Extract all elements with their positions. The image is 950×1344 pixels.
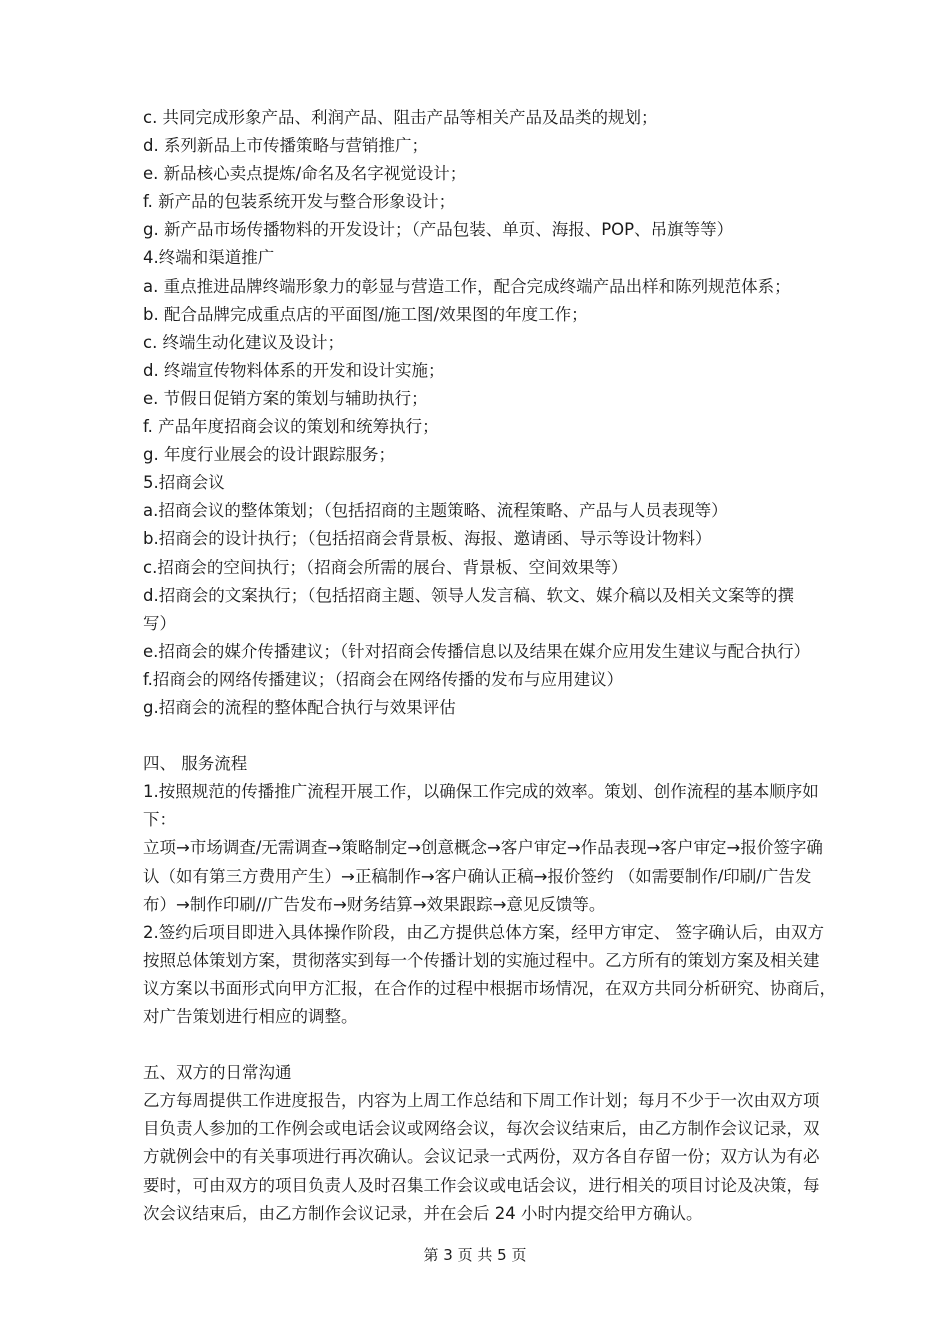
document-line: e. 节假日促销方案的策划与辅助执行； [143,385,863,413]
document-line: 4.终端和渠道推广 [143,244,863,272]
document-line: c.招商会的空间执行；（招商会所需的展台、背景板、空间效果等） [143,554,863,582]
document-line: a. 重点推进品牌终端形象力的彰显与营造工作，配合完成终端产品出样和陈列规范体系… [143,273,863,301]
document-line: 对广告策划进行相应的调整。 [143,1003,863,1031]
document-line: 议方案以书面形式向甲方汇报，在合作的过程中根据市场情况，在双方共同分析研究、协商… [143,975,863,1003]
document-line: 2.签约后项目即进入具体操作阶段，由乙方提供总体方案，经甲方审定、 签字确认后，… [143,919,863,947]
document-line: c. 终端生动化建议及设计； [143,329,863,357]
document-line: 布）→制作印刷//广告发布→财务结算→效果跟踪→意见反馈等。 [143,891,863,919]
document-line: g. 新产品市场传播物料的开发设计；（产品包装、单页、海报、POP、吊旗等等） [143,216,863,244]
document-line: 下： [143,806,863,834]
document-line: f. 新产品的包装系统开发与整合形象设计； [143,188,863,216]
document-line: 方就例会中的有关事项进行再次确认。会议记录一式两份，双方各自存留一份；双方认为有… [143,1143,863,1171]
document-line: 1.按照规范的传播推广流程开展工作，以确保工作完成的效率。策划、创作流程的基本顺… [143,778,863,806]
document-line: g.招商会的流程的整体配合执行与效果评估 [143,694,863,722]
document-line: 五、双方的日常沟通 [143,1059,863,1087]
document-line: d. 终端宣传物料体系的开发和设计实施； [143,357,863,385]
document-line: 立项→市场调查/无需调查→策略制定→创意概念→客户审定→作品表现→客户审定→报价… [143,834,863,862]
document-body: c. 共同完成形象产品、利润产品、阻击产品等相关产品及品类的规划；d. 系列新品… [143,104,863,1228]
document-line: 次会议结束后，由乙方制作会议记录，并在会后 24 小时内提交给甲方确认。 [143,1200,863,1228]
document-line: f.招商会的网络传播建议；（招商会在网络传播的发布与应用建议） [143,666,863,694]
document-line: d.招商会的文案执行；（包括招商主题、领导人发言稿、软文、媒介稿以及相关文案等的… [143,582,863,610]
document-line: e.招商会的媒介传播建议；（针对招商会传播信息以及结果在媒介应用发生建议与配合执… [143,638,863,666]
document-line: b.招商会的设计执行；（包括招商会背景板、海报、邀请函、导示等设计物料） [143,525,863,553]
document-page: c. 共同完成形象产品、利润产品、阻击产品等相关产品及品类的规划；d. 系列新品… [0,0,950,1344]
document-line: b. 配合品牌完成重点店的平面图/施工图/效果图的年度工作； [143,301,863,329]
document-line: a.招商会议的整体策划；（包括招商的主题策略、流程策略、产品与人员表现等） [143,497,863,525]
document-line: 要时，可由双方的项目负责人及时召集工作会议或电话会议，进行相关的项目讨论及决策，… [143,1172,863,1200]
document-line: c. 共同完成形象产品、利润产品、阻击产品等相关产品及品类的规划； [143,104,863,132]
document-line: 按照总体策划方案，贯彻落实到每一个传播计划的实施过程中。乙方所有的策划方案及相关… [143,947,863,975]
document-line: 5.招商会议 [143,469,863,497]
document-line: d. 系列新品上市传播策略与营销推广； [143,132,863,160]
page-number-footer: 第 3 页 共 5 页 [0,1243,950,1267]
document-line: f. 产品年度招商会议的策划和统筹执行； [143,413,863,441]
document-line: 认（如有第三方费用产生）→正稿制作→客户确认正稿→报价签约 （如需要制作/印刷/… [143,863,863,891]
document-line: 四、 服务流程 [143,750,863,778]
document-line: 目负责人参加的工作例会或电话会议或网络会议，每次会议结束后，由乙方制作会议记录，… [143,1115,863,1143]
document-line [143,722,863,750]
document-line [143,1031,863,1059]
document-line: e. 新品核心卖点提炼/命名及名字视觉设计； [143,160,863,188]
document-line: g. 年度行业展会的设计跟踪服务； [143,441,863,469]
document-line: 乙方每周提供工作进度报告，内容为上周工作总结和下周工作计划；每月不少于一次由双方… [143,1087,863,1115]
document-line: 写） [143,610,863,638]
